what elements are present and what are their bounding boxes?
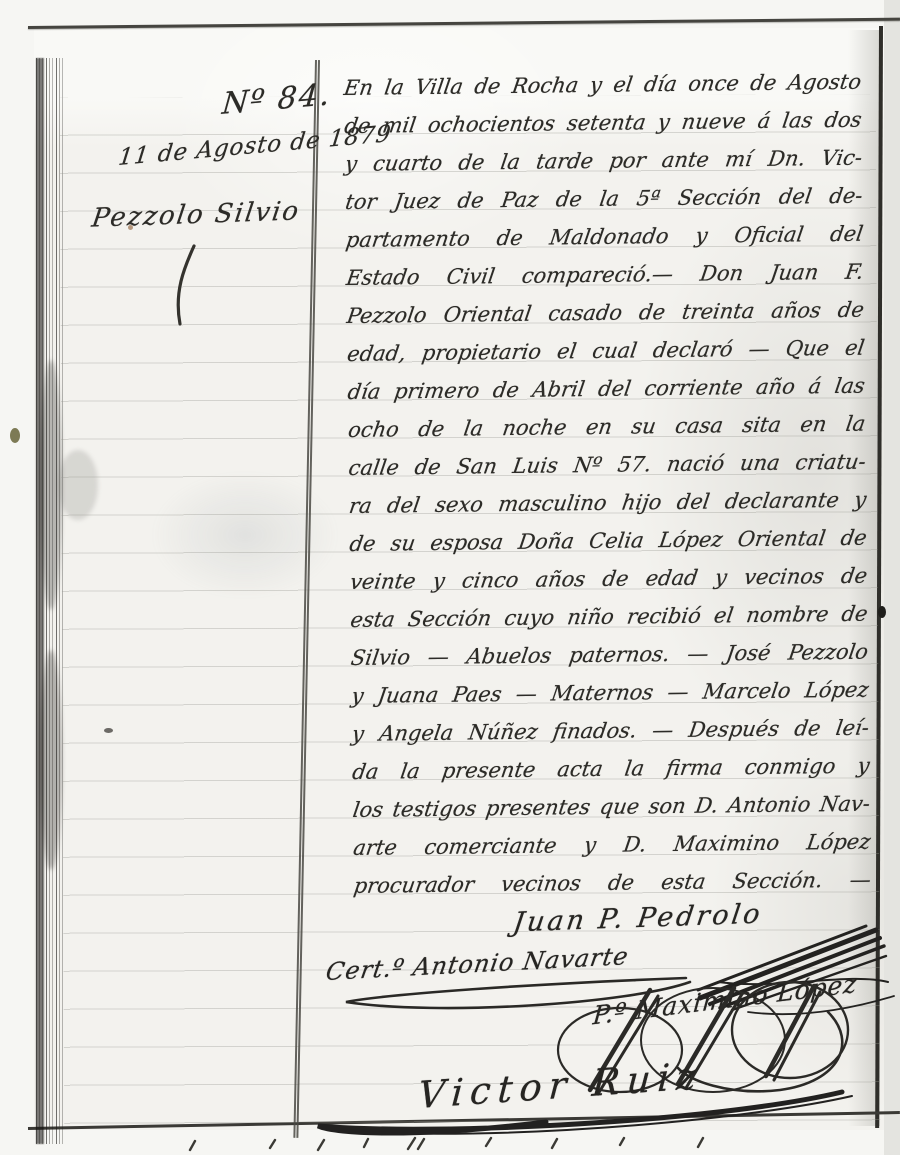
- body-line: ra del sexo masculino hijo del declarant…: [345, 488, 868, 532]
- bottom-cutoff-letter-ticks: [150, 1130, 770, 1155]
- binding-band-core: [36, 58, 44, 1144]
- body-line: Pezzolo Oriental casado de treinta años …: [343, 298, 866, 342]
- body-line: día primero de Abril del corriente año á…: [344, 374, 867, 418]
- body-line: tor Juez de Paz de la 5ª Sección del de-: [342, 184, 865, 228]
- body-line: En la Villa de Rocha y el día once de Ag…: [340, 70, 863, 114]
- body-line: y cuarto de la tarde por ante mí Dn. Vic…: [341, 146, 864, 190]
- body-line: Estado Civil compareció.— Don Juan F.: [343, 260, 866, 304]
- body-line: los testigos presentes que son D. Antoni…: [349, 792, 872, 836]
- binding-smudge: [40, 650, 62, 870]
- body-line: y Angela Núñez finados. — Después de leí…: [348, 716, 871, 760]
- scanned-registry-page: Nº 84. 11 de Agosto de 1879 Pezzolo Silv…: [0, 0, 900, 1155]
- body-line: da la presente acta la firma conmigo y: [349, 754, 872, 798]
- body-line: veinte y cinco años de edad y vecinos de: [346, 564, 869, 608]
- stray-pen-mark: [160, 242, 220, 332]
- body-line: esta Sección cuyo niño recibió el nombre…: [347, 602, 870, 646]
- paper-speck: [10, 428, 20, 443]
- body-line: partamento de Maldonado y Oficial del: [342, 222, 865, 266]
- body-line: arte comerciante y D. Maximino López: [350, 830, 873, 874]
- body-line: y Juana Paes — Maternos — Marcelo López: [348, 678, 871, 722]
- body-line: de mil ochocientos setenta y nueve á las…: [341, 108, 864, 152]
- body-line: edad, propietario el cual declaró — Que …: [344, 336, 867, 380]
- body-line: ocho de la noche en su casa sita en la: [345, 412, 868, 456]
- body-line: Silvio — Abuelos paternos. — José Pezzol…: [347, 640, 870, 684]
- body-line: calle de San Luis Nº 57. nació una criat…: [345, 450, 868, 494]
- edge-ink-blot: [878, 606, 886, 618]
- body-line: de su esposa Doña Celia López Oriental d…: [346, 526, 869, 570]
